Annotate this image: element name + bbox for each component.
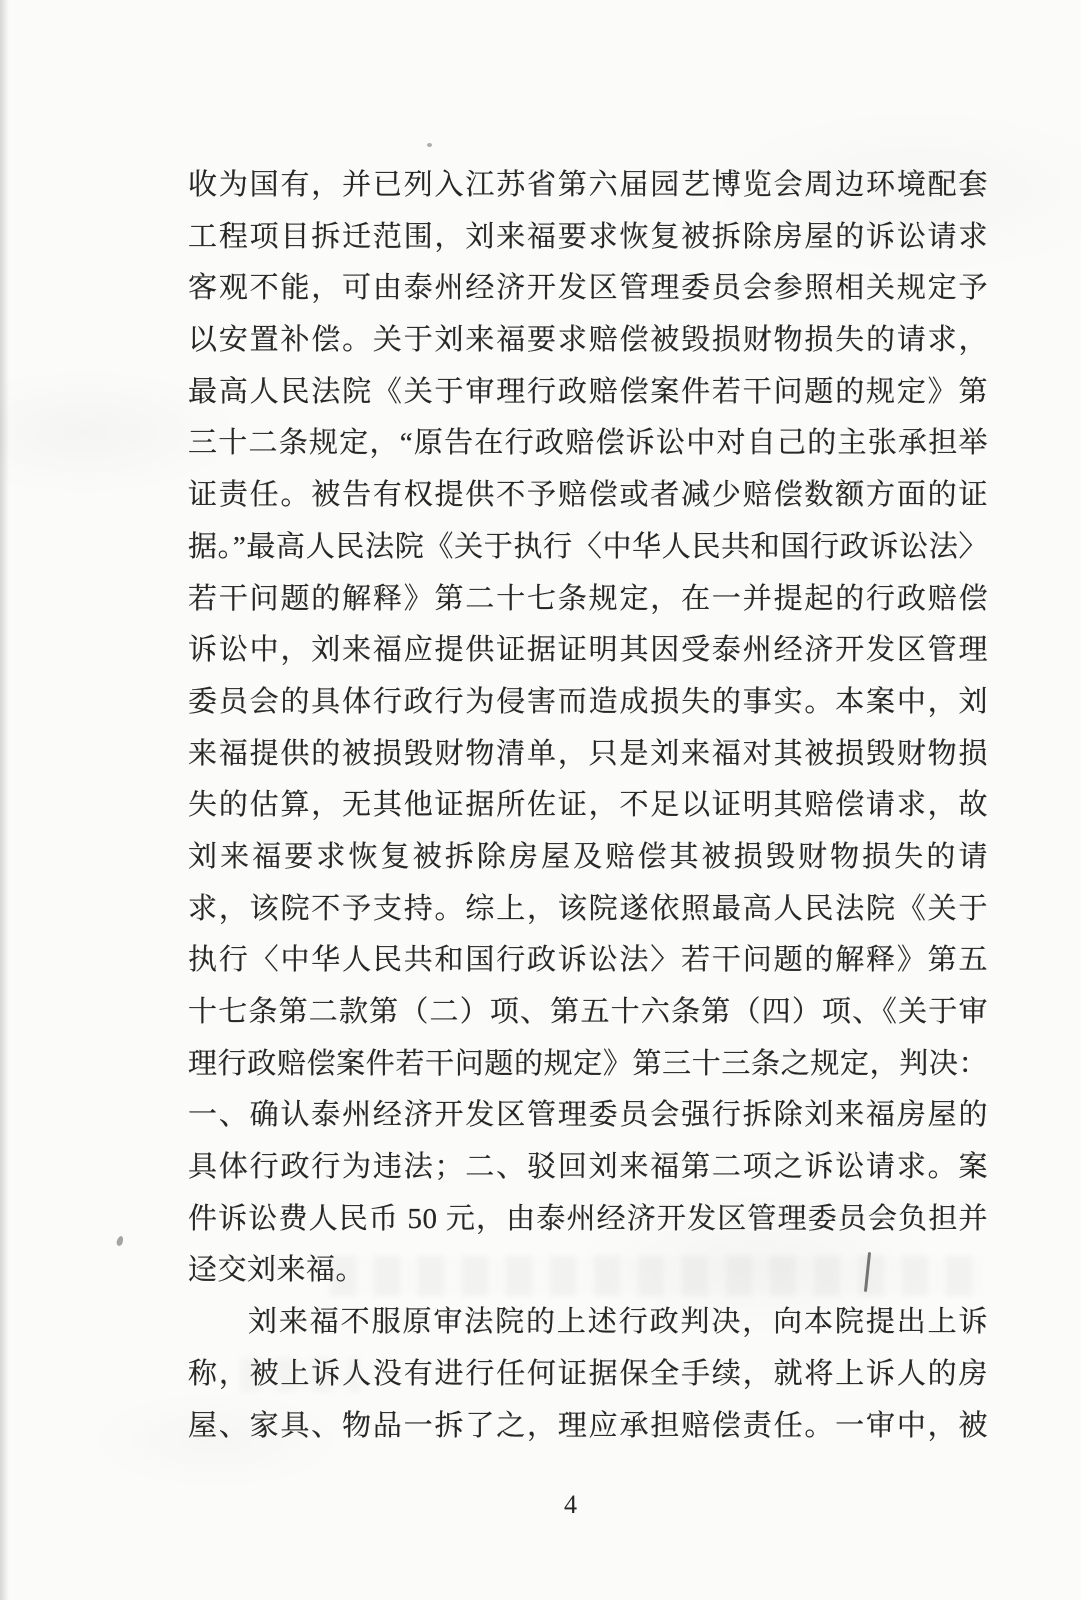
text-line: 若干问题的解释》第二十七条规定，在一并提起的行政赔偿 <box>188 574 988 626</box>
text-line: 十七条第二款第（二）项、第五十六条第（四）项、《关于审 <box>188 987 988 1039</box>
text-line: 理行政赔偿案件若干问题的规定》第三十三条之规定，判决： <box>188 1039 988 1091</box>
scan-edge-shadow <box>0 0 9 1600</box>
text-line: 工程项目拆迁范围，刘来福要求恢复被拆除房屋的诉讼请求 <box>188 212 988 264</box>
text-line-paragraph-start: 刘来福不服原审法院的上述行政判决，向本院提出上诉 <box>188 1297 988 1349</box>
text-line: 收为国有，并已列入江苏省第六届园艺博览会周边环境配套 <box>188 160 988 212</box>
scanned-document-page: 收为国有，并已列入江苏省第六届园艺博览会周边环境配套 工程项目拆迁范围，刘来福要… <box>0 0 1081 1600</box>
text-line: 刘来福要求恢复被拆除房屋及赔偿其被损毁财物损失的请 <box>188 832 988 884</box>
text-line: 以安置补偿。关于刘来福要求赔偿被毁损财物损失的请求， <box>188 315 988 367</box>
text-line: 最高人民法院《关于审理行政赔偿案件若干问题的规定》第 <box>188 367 988 419</box>
text-line: 求，该院不予支持。综上，该院遂依照最高人民法院《关于 <box>188 884 988 936</box>
text-line: 证责任。被告有权提供不予赔偿或者减少赔偿数额方面的证 <box>188 470 988 522</box>
text-line: 件诉讼费人民币 50 元，由泰州经济开发区管理委员会负担并 <box>188 1194 988 1246</box>
text-line: 失的估算，无其他证据所佐证，不足以证明其赔偿请求，故 <box>188 780 988 832</box>
page-number: 4 <box>0 1490 1081 1520</box>
text-line: 屋、家具、物品一拆了之，理应承担赔偿责任。一审中，被 <box>188 1401 988 1453</box>
ink-mark-artifact <box>116 1235 125 1246</box>
ink-speck-artifact <box>427 143 432 147</box>
text-line: 客观不能，可由泰州经济开发区管理委员会参照相关规定予 <box>188 263 988 315</box>
text-line: 具体行政行为违法；二、驳回刘来福第二项之诉讼请求。案 <box>188 1142 988 1194</box>
text-line: 委员会的具体行政行为侵害而造成损失的事实。本案中，刘 <box>188 677 988 729</box>
text-line: 来福提供的被损毁财物清单，只是刘来福对其被损毁财物损 <box>188 729 988 781</box>
text-line: 诉讼中，刘来福应提供证据证明其因受泰州经济开发区管理 <box>188 625 988 677</box>
text-line: 据。”最高人民法院《关于执行〈中华人民共和国行政诉讼法〉 <box>188 522 988 574</box>
text-line: 一、确认泰州经济开发区管理委员会强行拆除刘来福房屋的 <box>188 1090 988 1142</box>
ink-speck-artifact <box>856 480 860 487</box>
text-line: 三十二条规定，“原告在行政赔偿诉讼中对自己的主张承担举 <box>188 418 988 470</box>
text-line: 称，被上诉人没有进行任何证据保全手续，就将上诉人的房 <box>188 1349 988 1401</box>
text-line: 执行〈中华人民共和国行政诉讼法〉若干问题的解释》第五 <box>188 935 988 987</box>
